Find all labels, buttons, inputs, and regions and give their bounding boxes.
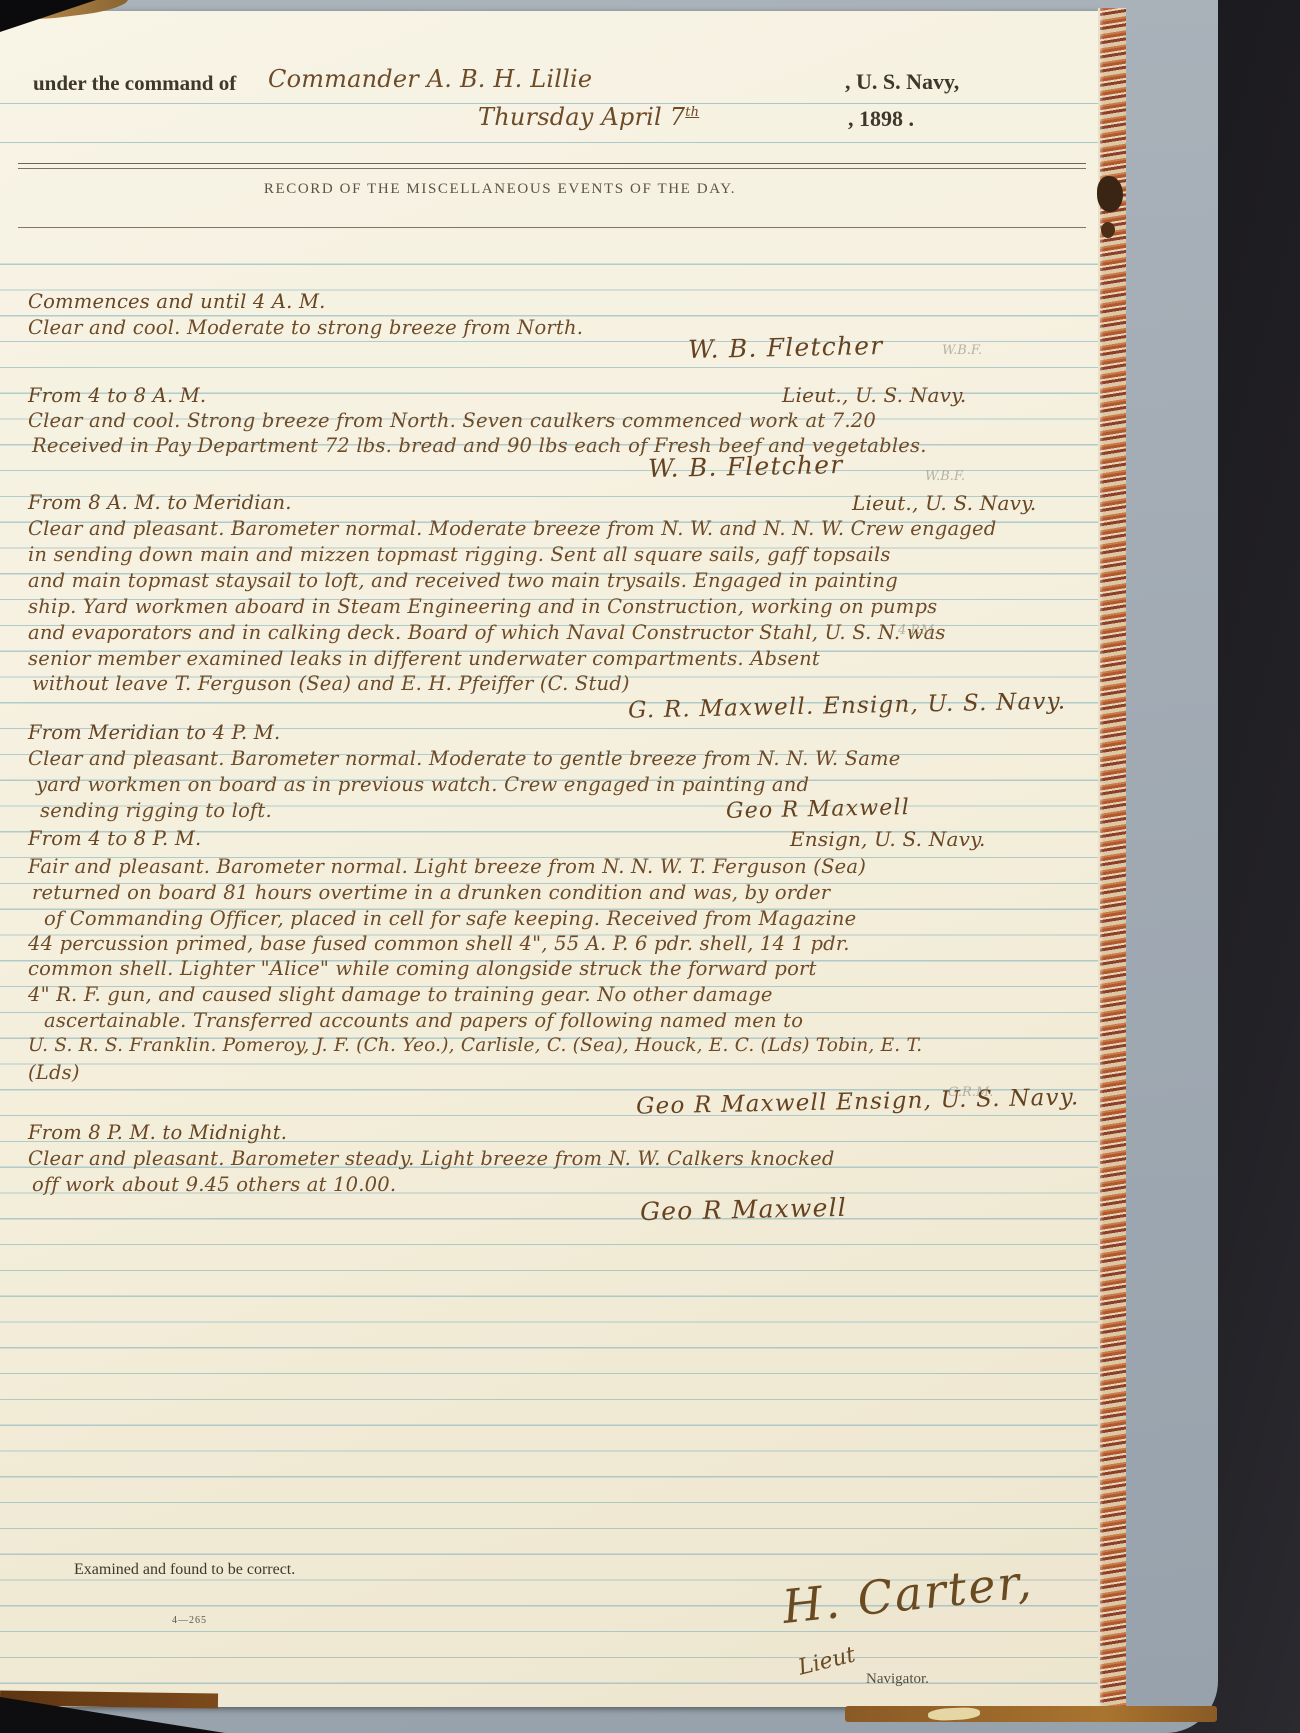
officer-signature: W. B. Fletcher (648, 450, 844, 483)
fore-edge-ink-stain-small (1101, 222, 1115, 238)
log-line: (Lds) (28, 1061, 80, 1084)
log-line: ascertainable. Transferred accounts and … (44, 1009, 803, 1032)
header-double-rule (18, 163, 1086, 169)
watch-heading: From 8 P. M. to Midnight. (28, 1121, 287, 1144)
log-line: Clear and pleasant. Barometer normal. Mo… (28, 747, 901, 770)
header-year: , 1898 . (848, 106, 914, 132)
officer-signature: W. B. Fletcher (688, 331, 884, 364)
log-line: Clear and pleasant. Barometer steady. Li… (28, 1147, 835, 1170)
log-line: and evaporators and in calking deck. Boa… (28, 621, 946, 644)
log-line: Clear and cool. Moderate to strong breez… (28, 316, 583, 339)
watch-heading: Commences and until 4 A. M. (28, 290, 326, 313)
log-line: 44 percussion primed, base fused common … (28, 932, 850, 955)
pencil-check-initials: W.B.F. (925, 469, 965, 484)
watch-heading: From 4 to 8 A. M. (28, 384, 206, 407)
log-line: ship. Yard workmen aboard in Steam Engin… (28, 595, 937, 618)
log-line: in sending down main and mizzen topmast … (28, 543, 891, 566)
date-text: Thursday April 7 (478, 103, 685, 131)
log-line: Fair and pleasant. Barometer normal. Lig… (28, 855, 866, 878)
officer-rank: Lieut., U. S. Navy. (852, 491, 1036, 515)
watch-heading: From 8 A. M. to Meridian. (28, 491, 292, 514)
form-number: 4—265 (172, 1615, 207, 1626)
log-line: Clear and cool. Strong breeze from North… (28, 409, 876, 432)
log-line: without leave T. Ferguson (Sea) and E. H… (32, 672, 630, 695)
book-binding-edge-bottom-right (845, 1706, 1217, 1722)
log-line: of Commanding Officer, placed in cell fo… (44, 907, 856, 930)
log-line: off work about 9.45 others at 10.00. (32, 1173, 396, 1196)
header-rule-2 (0, 142, 1100, 143)
book-fore-edge-marbled (1098, 8, 1126, 1708)
log-line: 4" R. F. gun, and caused slight damage t… (28, 983, 773, 1006)
log-line: U. S. R. S. Franklin. Pomeroy, J. F. (Ch… (28, 1035, 922, 1056)
log-page-content: under the command of Commander A. B. H. … (0, 11, 1100, 1707)
officer-signature: Geo R Maxwell (640, 1193, 847, 1226)
watch-heading: From Meridian to 4 P. M. (28, 721, 280, 744)
header-navy-suffix: , U. S. Navy, (845, 69, 959, 95)
log-line: and main topmast staysail to loft, and r… (28, 569, 898, 592)
fore-edge-ink-stain (1097, 176, 1123, 212)
header-command-prefix: under the command of (33, 71, 236, 96)
date-handwritten: Thursday April 7th (478, 103, 699, 131)
officer-rank: Ensign, U. S. Navy. (790, 827, 986, 851)
pencil-note: 4 P.M. (898, 623, 938, 638)
log-line: senior member examined leaks in differen… (28, 647, 820, 670)
pencil-check-initials: W.B.F. (942, 343, 982, 358)
scanned-logbook-photo: { "header": { "printed_prefix": "under t… (0, 0, 1300, 1733)
log-line: common shell. Lighter "Alice" while comi… (28, 957, 817, 980)
officer-rank: Lieut., U. S. Navy. (782, 383, 966, 407)
log-line: yard workmen on board as in previous wat… (36, 773, 809, 796)
page-section-title: RECORD OF THE MISCELLANEOUS EVENTS OF TH… (0, 181, 1000, 198)
date-ordinal: th (685, 105, 699, 120)
examined-statement: Examined and found to be correct. (74, 1561, 295, 1579)
log-line: returned on board 81 hours overtime in a… (32, 881, 830, 904)
watch-heading: From 4 to 8 P. M. (28, 827, 201, 850)
log-line: sending rigging to loft. (40, 799, 272, 822)
officer-signature: Geo R Maxwell (726, 795, 910, 824)
header-thin-rule (18, 227, 1086, 228)
pencil-check-initials: G.R.M. (948, 1085, 993, 1100)
log-line: Clear and pleasant. Barometer normal. Mo… (28, 517, 996, 540)
commander-name-handwritten: Commander A. B. H. Lillie (268, 65, 592, 93)
log-page: under the command of Commander A. B. H. … (0, 11, 1100, 1707)
navigator-printed-label: Navigator. (866, 1671, 929, 1688)
